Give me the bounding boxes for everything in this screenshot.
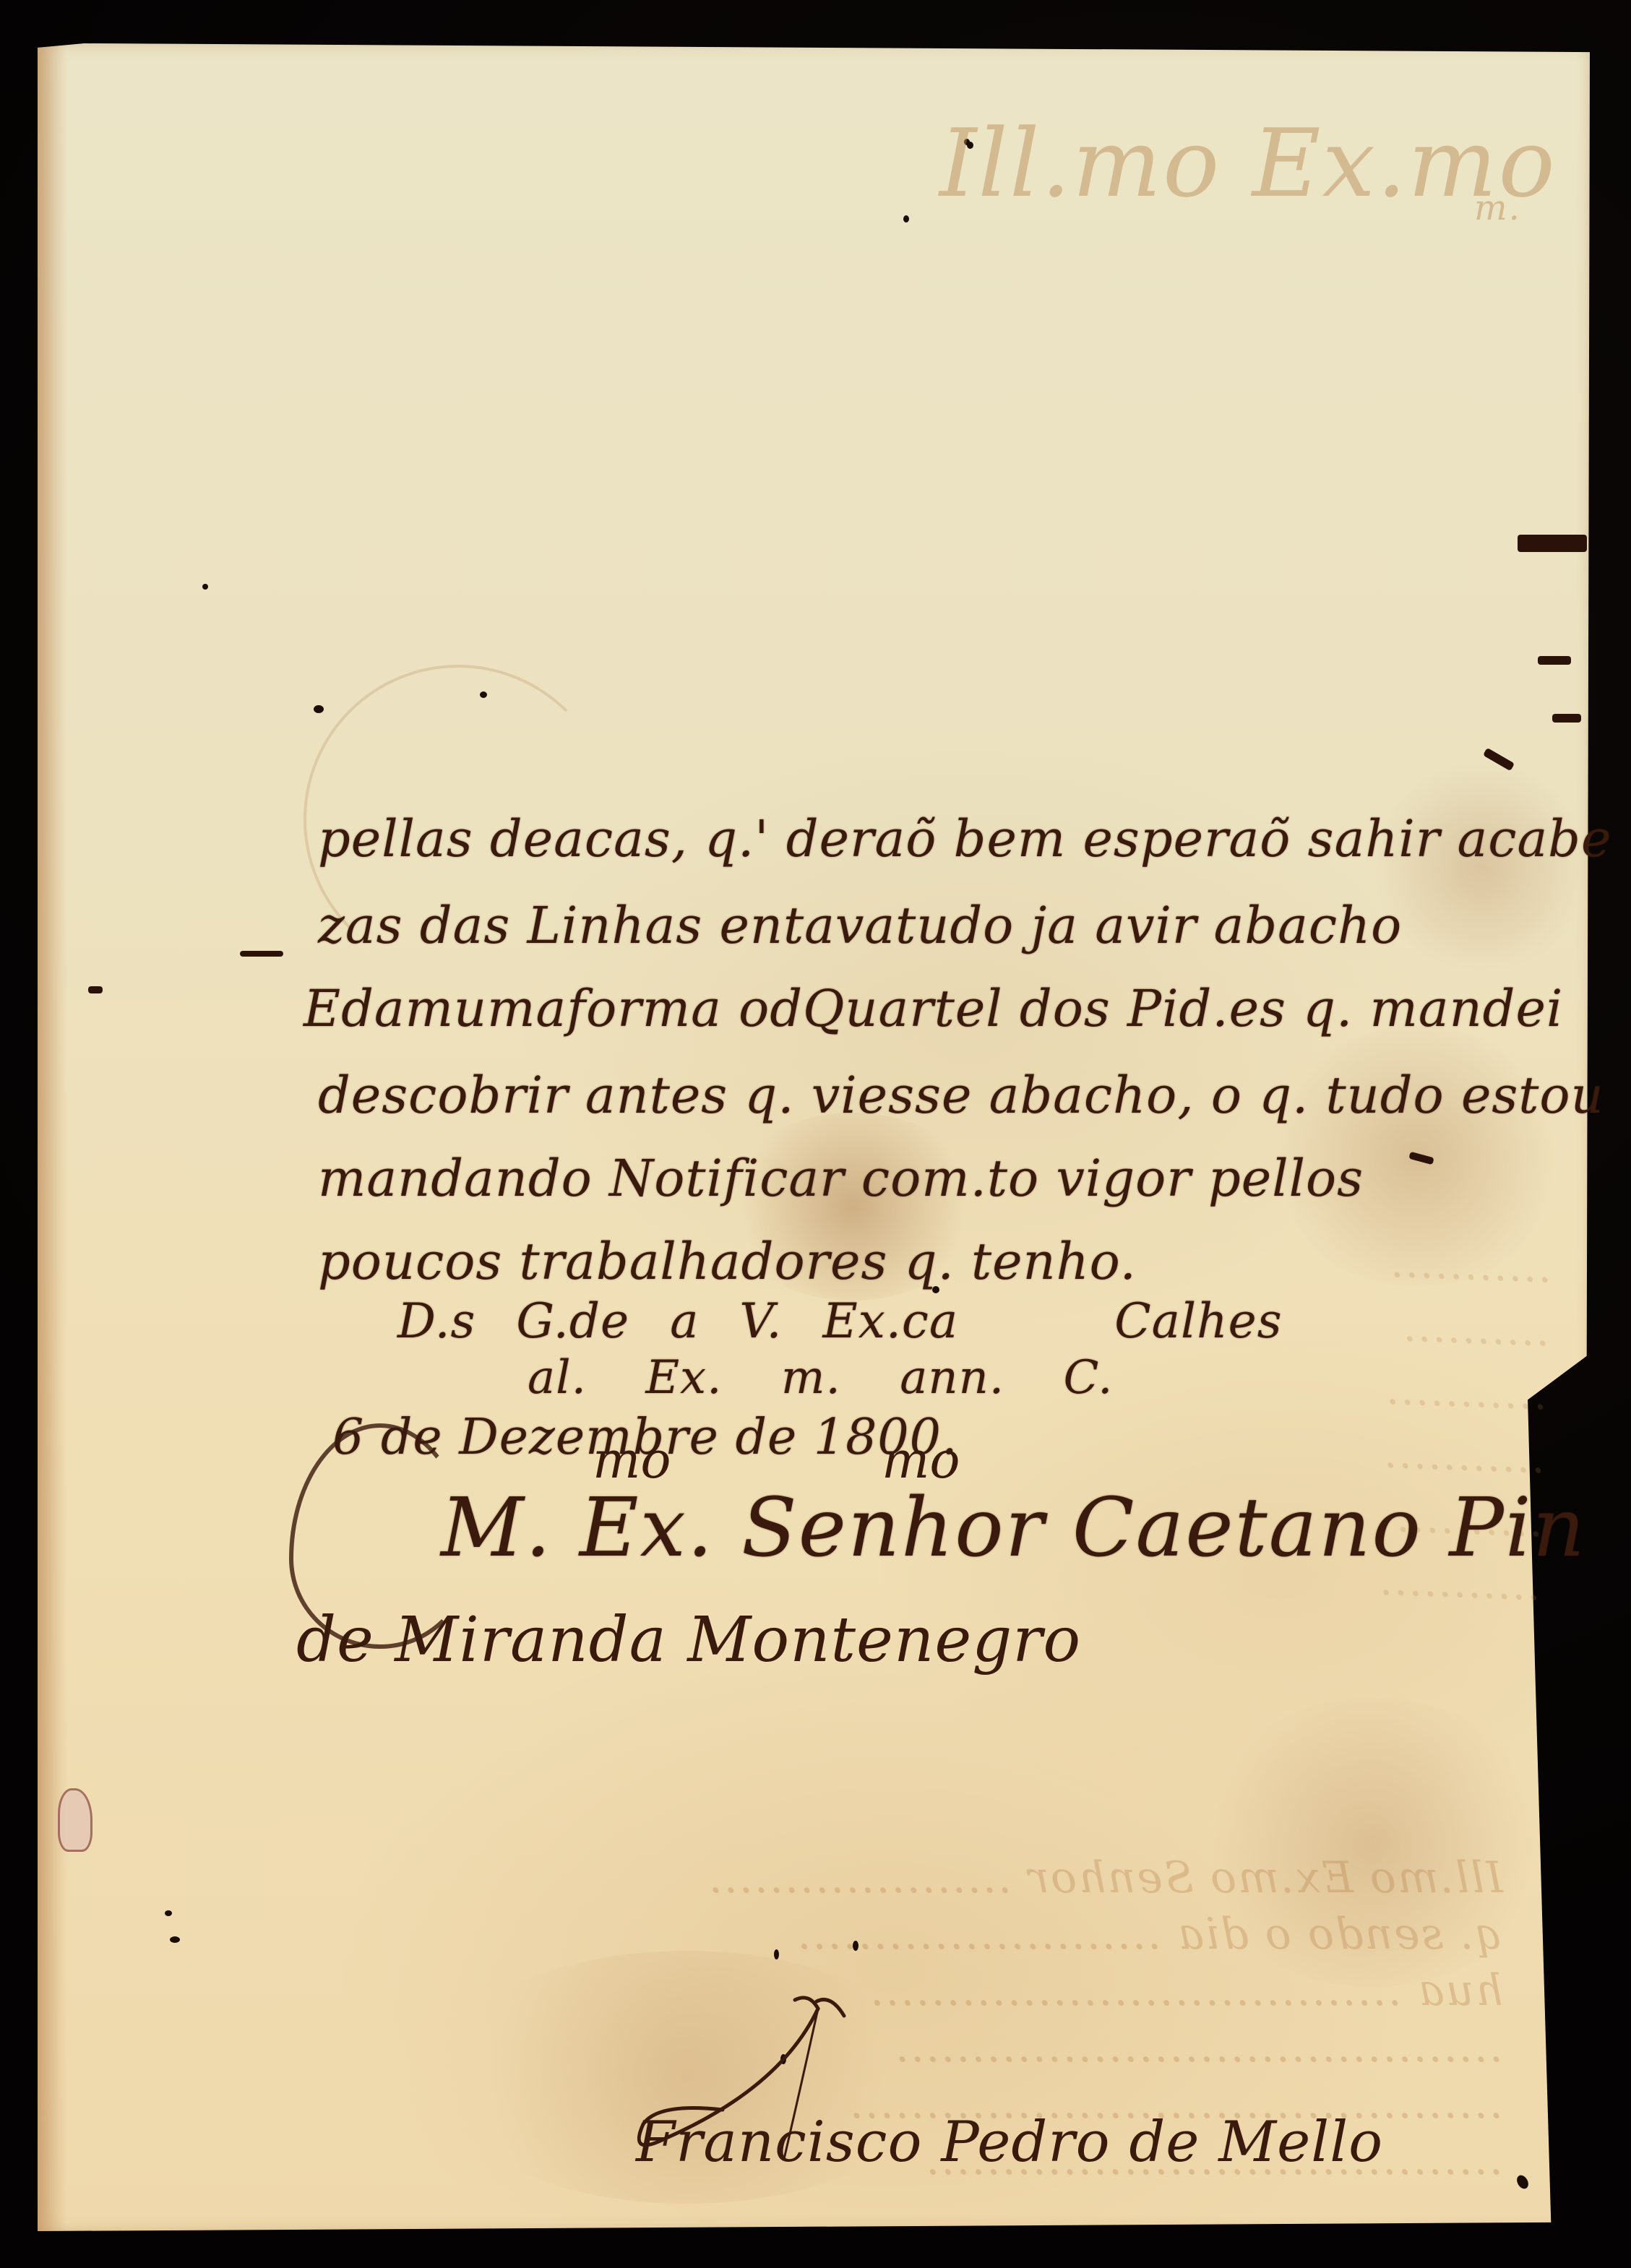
margin-ink-mark — [240, 951, 283, 957]
closing-word: ann. — [900, 1351, 1004, 1405]
closing-word: Ex. — [645, 1351, 722, 1405]
closing-word: G.de — [516, 1293, 629, 1349]
bleed-through-line: Ill.mo Ex.mo Senhor .................... — [311, 1850, 1503, 1906]
closing-word: V. — [739, 1293, 782, 1349]
body-line: pellas deacas, q.' deraõ bem esperaõ sah… — [318, 809, 1611, 868]
body-line: descobrir antes q. viesse abacho, o q. t… — [318, 1066, 1604, 1125]
body-line: poucos trabalhadores q. tenho. — [318, 1232, 1137, 1291]
closing-word: Ex.ca — [823, 1293, 959, 1349]
signature-name: Francisco Pedro de Mello — [636, 2110, 1383, 2175]
closing-word: a — [670, 1293, 699, 1349]
ink-speck — [202, 584, 208, 590]
body-line: mandando Notificar com.to vigor pellos — [318, 1149, 1364, 1208]
bleed-through-line: ........................................ — [311, 2019, 1503, 2075]
ink-speck — [165, 1910, 172, 1916]
closing-word: C. — [1063, 1351, 1113, 1405]
ink-speck — [903, 215, 909, 223]
body-line: zas das Linhas entavatudo ja avir abacho — [318, 896, 1402, 955]
ink-speck — [480, 691, 487, 698]
closing-word: m. — [781, 1351, 841, 1405]
body-line: Edamumaforma odQuartel dos Pid.es q. man… — [304, 979, 1563, 1038]
margin-ink-mark — [1538, 656, 1571, 665]
closing-word: al. — [528, 1351, 587, 1405]
bleed-through-heading: Ill.mo Ex.mo — [939, 108, 1557, 218]
margin-ink-mark — [1518, 535, 1587, 552]
margin-ink-mark — [1552, 714, 1581, 723]
ink-speck — [314, 705, 324, 713]
bleed-through-heading-suffix: m. — [1474, 188, 1521, 228]
addressee-name: de Miranda Montenegro — [296, 1604, 1081, 1676]
bleed-through-line: q. sendo o dia ........................ — [311, 1906, 1503, 1962]
ink-speck — [170, 1936, 180, 1943]
margin-ink-mark — [88, 986, 103, 993]
paper-repair-patch — [58, 1788, 92, 1852]
closing-formula: D.s G.de a V. Ex.ca Calhes — [397, 1293, 1283, 1349]
addressee-salutation: M. Ex. Senhor Caetano Pin — [441, 1481, 1586, 1575]
closing-formula-abbrev: al. Ex. m. ann. C. — [462, 1351, 1114, 1405]
closing-word: Calhes — [1114, 1293, 1282, 1349]
bleed-through-line: hua ................................... — [311, 1962, 1503, 2019]
closing-word: D.s — [397, 1293, 475, 1349]
